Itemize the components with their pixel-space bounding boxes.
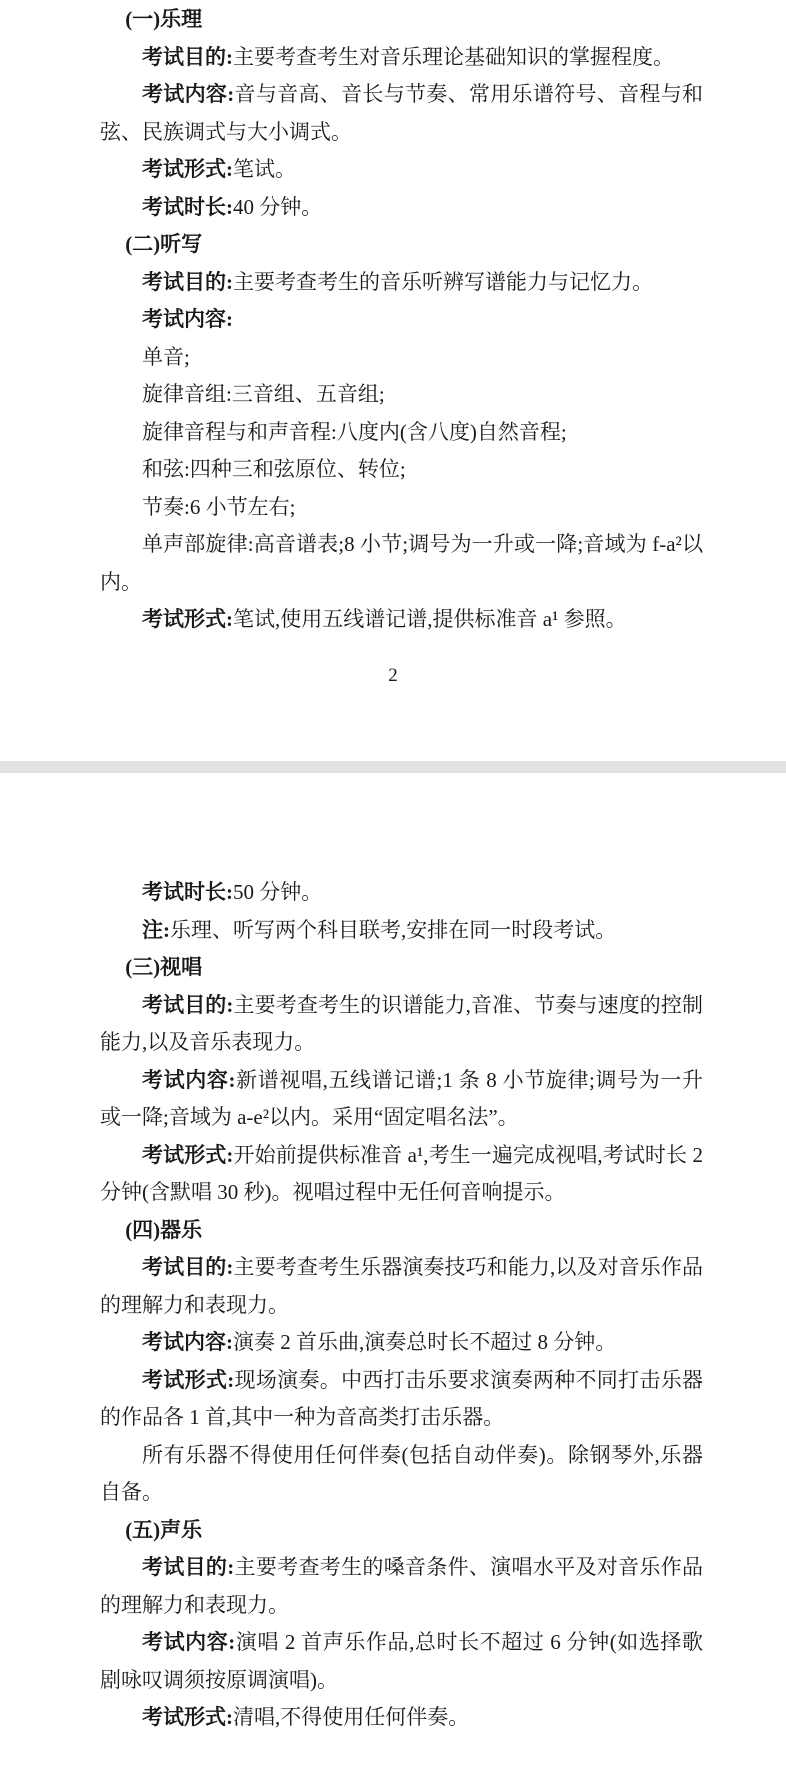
paragraph: 考试目的:主要考查考生乐器演奏技巧和能力,以及对音乐作品的理解力和表现力。: [100, 1249, 703, 1324]
paragraph: 考试内容:新谱视唱,五线谱记谱;1 条 8 小节旋律;调号为一升或一降;音域为 …: [100, 1062, 703, 1137]
section-heading: (四)器乐: [100, 1212, 703, 1250]
field-label: 考试内容:: [142, 1630, 235, 1654]
paragraph: 考试形式:笔试,使用五线谱记谱,提供标准音 a¹ 参照。: [100, 601, 703, 639]
heading-text: (二)听写: [125, 232, 202, 256]
field-label: 考试内容:: [142, 1330, 233, 1354]
paragraph: 考试形式:开始前提供标准音 a¹,考生一遍完成视唱,考试时长 2 分钟(含默唱 …: [100, 1137, 703, 1212]
field-label: 考试目的:: [142, 1555, 234, 1579]
field-label: 考试内容:: [142, 307, 233, 331]
page-1-content: (一)乐理考试目的:主要考查考生对音乐理论基础知识的掌握程度。考试内容:音与音高…: [100, 1, 703, 639]
field-label: 考试时长:: [142, 195, 233, 219]
paragraph: 考试时长:50 分钟。: [100, 874, 703, 912]
paragraph-text: 50 分钟。: [233, 880, 322, 904]
paragraph-text: 和弦:四种三和弦原位、转位;: [142, 457, 406, 481]
paragraph-text: 演奏 2 首乐曲,演奏总时长不超过 8 分钟。: [233, 1330, 616, 1354]
heading-text: (一)乐理: [125, 7, 202, 31]
paragraph-text: 旋律音程与和声音程:八度内(含八度)自然音程;: [142, 420, 567, 444]
paragraph: 旋律音程与和声音程:八度内(含八度)自然音程;: [100, 414, 703, 452]
paragraph-text: 主要考查考生的音乐听辨写谱能力与记忆力。: [233, 270, 653, 294]
field-label: 考试内容:: [142, 1068, 235, 1092]
paragraph-text: 单声部旋律:高音谱表;8 小节;调号为一升或一降;音域为 f-a²以内。: [100, 532, 703, 594]
paragraph: 考试形式:现场演奏。中西打击乐要求演奏两种不同打击乐器的作品各 1 首,其中一种…: [100, 1362, 703, 1437]
paragraph-text: 笔试。: [233, 157, 296, 181]
paragraph: 和弦:四种三和弦原位、转位;: [100, 451, 703, 489]
field-label: 考试目的:: [142, 270, 233, 294]
field-label: 考试形式:: [142, 1705, 233, 1729]
paragraph-text: 笔试,使用五线谱记谱,提供标准音 a¹ 参照。: [233, 607, 627, 631]
page-1: (一)乐理考试目的:主要考查考生对音乐理论基础知识的掌握程度。考试内容:音与音高…: [0, 0, 786, 761]
paragraph: 考试时长:40 分钟。: [100, 189, 703, 227]
paragraph: 考试形式:笔试。: [100, 151, 703, 189]
page-separator: [0, 761, 786, 773]
page-2-content: 考试时长:50 分钟。注:乐理、听写两个科目联考,安排在同一时段考试。(三)视唱…: [100, 874, 703, 1737]
paragraph: 考试目的:主要考查考生对音乐理论基础知识的掌握程度。: [100, 39, 703, 77]
field-label: 考试目的:: [142, 45, 233, 69]
field-label: 考试目的:: [142, 993, 233, 1017]
document: (一)乐理考试目的:主要考查考生对音乐理论基础知识的掌握程度。考试内容:音与音高…: [0, 0, 786, 1789]
paragraph-text: 清唱,不得使用任何伴奏。: [233, 1705, 469, 1729]
paragraph: 考试形式:清唱,不得使用任何伴奏。: [100, 1699, 703, 1737]
paragraph-text: 40 分钟。: [233, 195, 322, 219]
paragraph: 注:乐理、听写两个科目联考,安排在同一时段考试。: [100, 912, 703, 950]
heading-text: (三)视唱: [125, 955, 202, 979]
paragraph: 考试内容:: [100, 301, 703, 339]
field-label: 注:: [142, 918, 170, 942]
paragraph: 节奏:6 小节左右;: [100, 489, 703, 527]
paragraph-text: 乐理、听写两个科目联考,安排在同一时段考试。: [170, 918, 616, 942]
page-number: 2: [0, 657, 786, 695]
paragraph: 所有乐器不得使用任何伴奏(包括自动伴奏)。除钢琴外,乐器自备。: [100, 1437, 703, 1512]
paragraph-text: 所有乐器不得使用任何伴奏(包括自动伴奏)。除钢琴外,乐器自备。: [100, 1443, 703, 1505]
paragraph: 考试内容:演唱 2 首声乐作品,总时长不超过 6 分钟(如选择歌剧咏叹调须按原调…: [100, 1624, 703, 1699]
field-label: 考试时长:: [142, 880, 233, 904]
field-label: 考试形式:: [142, 1368, 234, 1392]
section-heading: (三)视唱: [100, 949, 703, 987]
paragraph-text: 单音;: [142, 345, 190, 369]
paragraph-text: 旋律音组:三音组、五音组;: [142, 382, 385, 406]
paragraph: 考试内容:演奏 2 首乐曲,演奏总时长不超过 8 分钟。: [100, 1324, 703, 1362]
field-label: 考试形式:: [142, 607, 233, 631]
paragraph-text: 主要考查考生对音乐理论基础知识的掌握程度。: [233, 45, 674, 69]
field-label: 考试内容:: [142, 82, 234, 106]
section-heading: (一)乐理: [100, 1, 703, 39]
paragraph: 考试目的:主要考查考生的嗓音条件、演唱水平及对音乐作品的理解力和表现力。: [100, 1549, 703, 1624]
field-label: 考试形式:: [142, 1143, 233, 1167]
section-heading: (五)声乐: [100, 1512, 703, 1550]
page-2: 考试时长:50 分钟。注:乐理、听写两个科目联考,安排在同一时段考试。(三)视唱…: [0, 773, 786, 1789]
paragraph: 单音;: [100, 339, 703, 377]
paragraph-text: 节奏:6 小节左右;: [142, 495, 295, 519]
paragraph: 考试目的:主要考查考生的识谱能力,音准、节奏与速度的控制能力,以及音乐表现力。: [100, 987, 703, 1062]
field-label: 考试目的:: [142, 1255, 233, 1279]
field-label: 考试形式:: [142, 157, 233, 181]
heading-text: (五)声乐: [125, 1518, 202, 1542]
paragraph: 单声部旋律:高音谱表;8 小节;调号为一升或一降;音域为 f-a²以内。: [100, 526, 703, 601]
paragraph: 旋律音组:三音组、五音组;: [100, 376, 703, 414]
paragraph: 考试目的:主要考查考生的音乐听辨写谱能力与记忆力。: [100, 264, 703, 302]
section-heading: (二)听写: [100, 226, 703, 264]
paragraph: 考试内容:音与音高、音长与节奏、常用乐谱符号、音程与和弦、民族调式与大小调式。: [100, 76, 703, 151]
heading-text: (四)器乐: [125, 1218, 202, 1242]
